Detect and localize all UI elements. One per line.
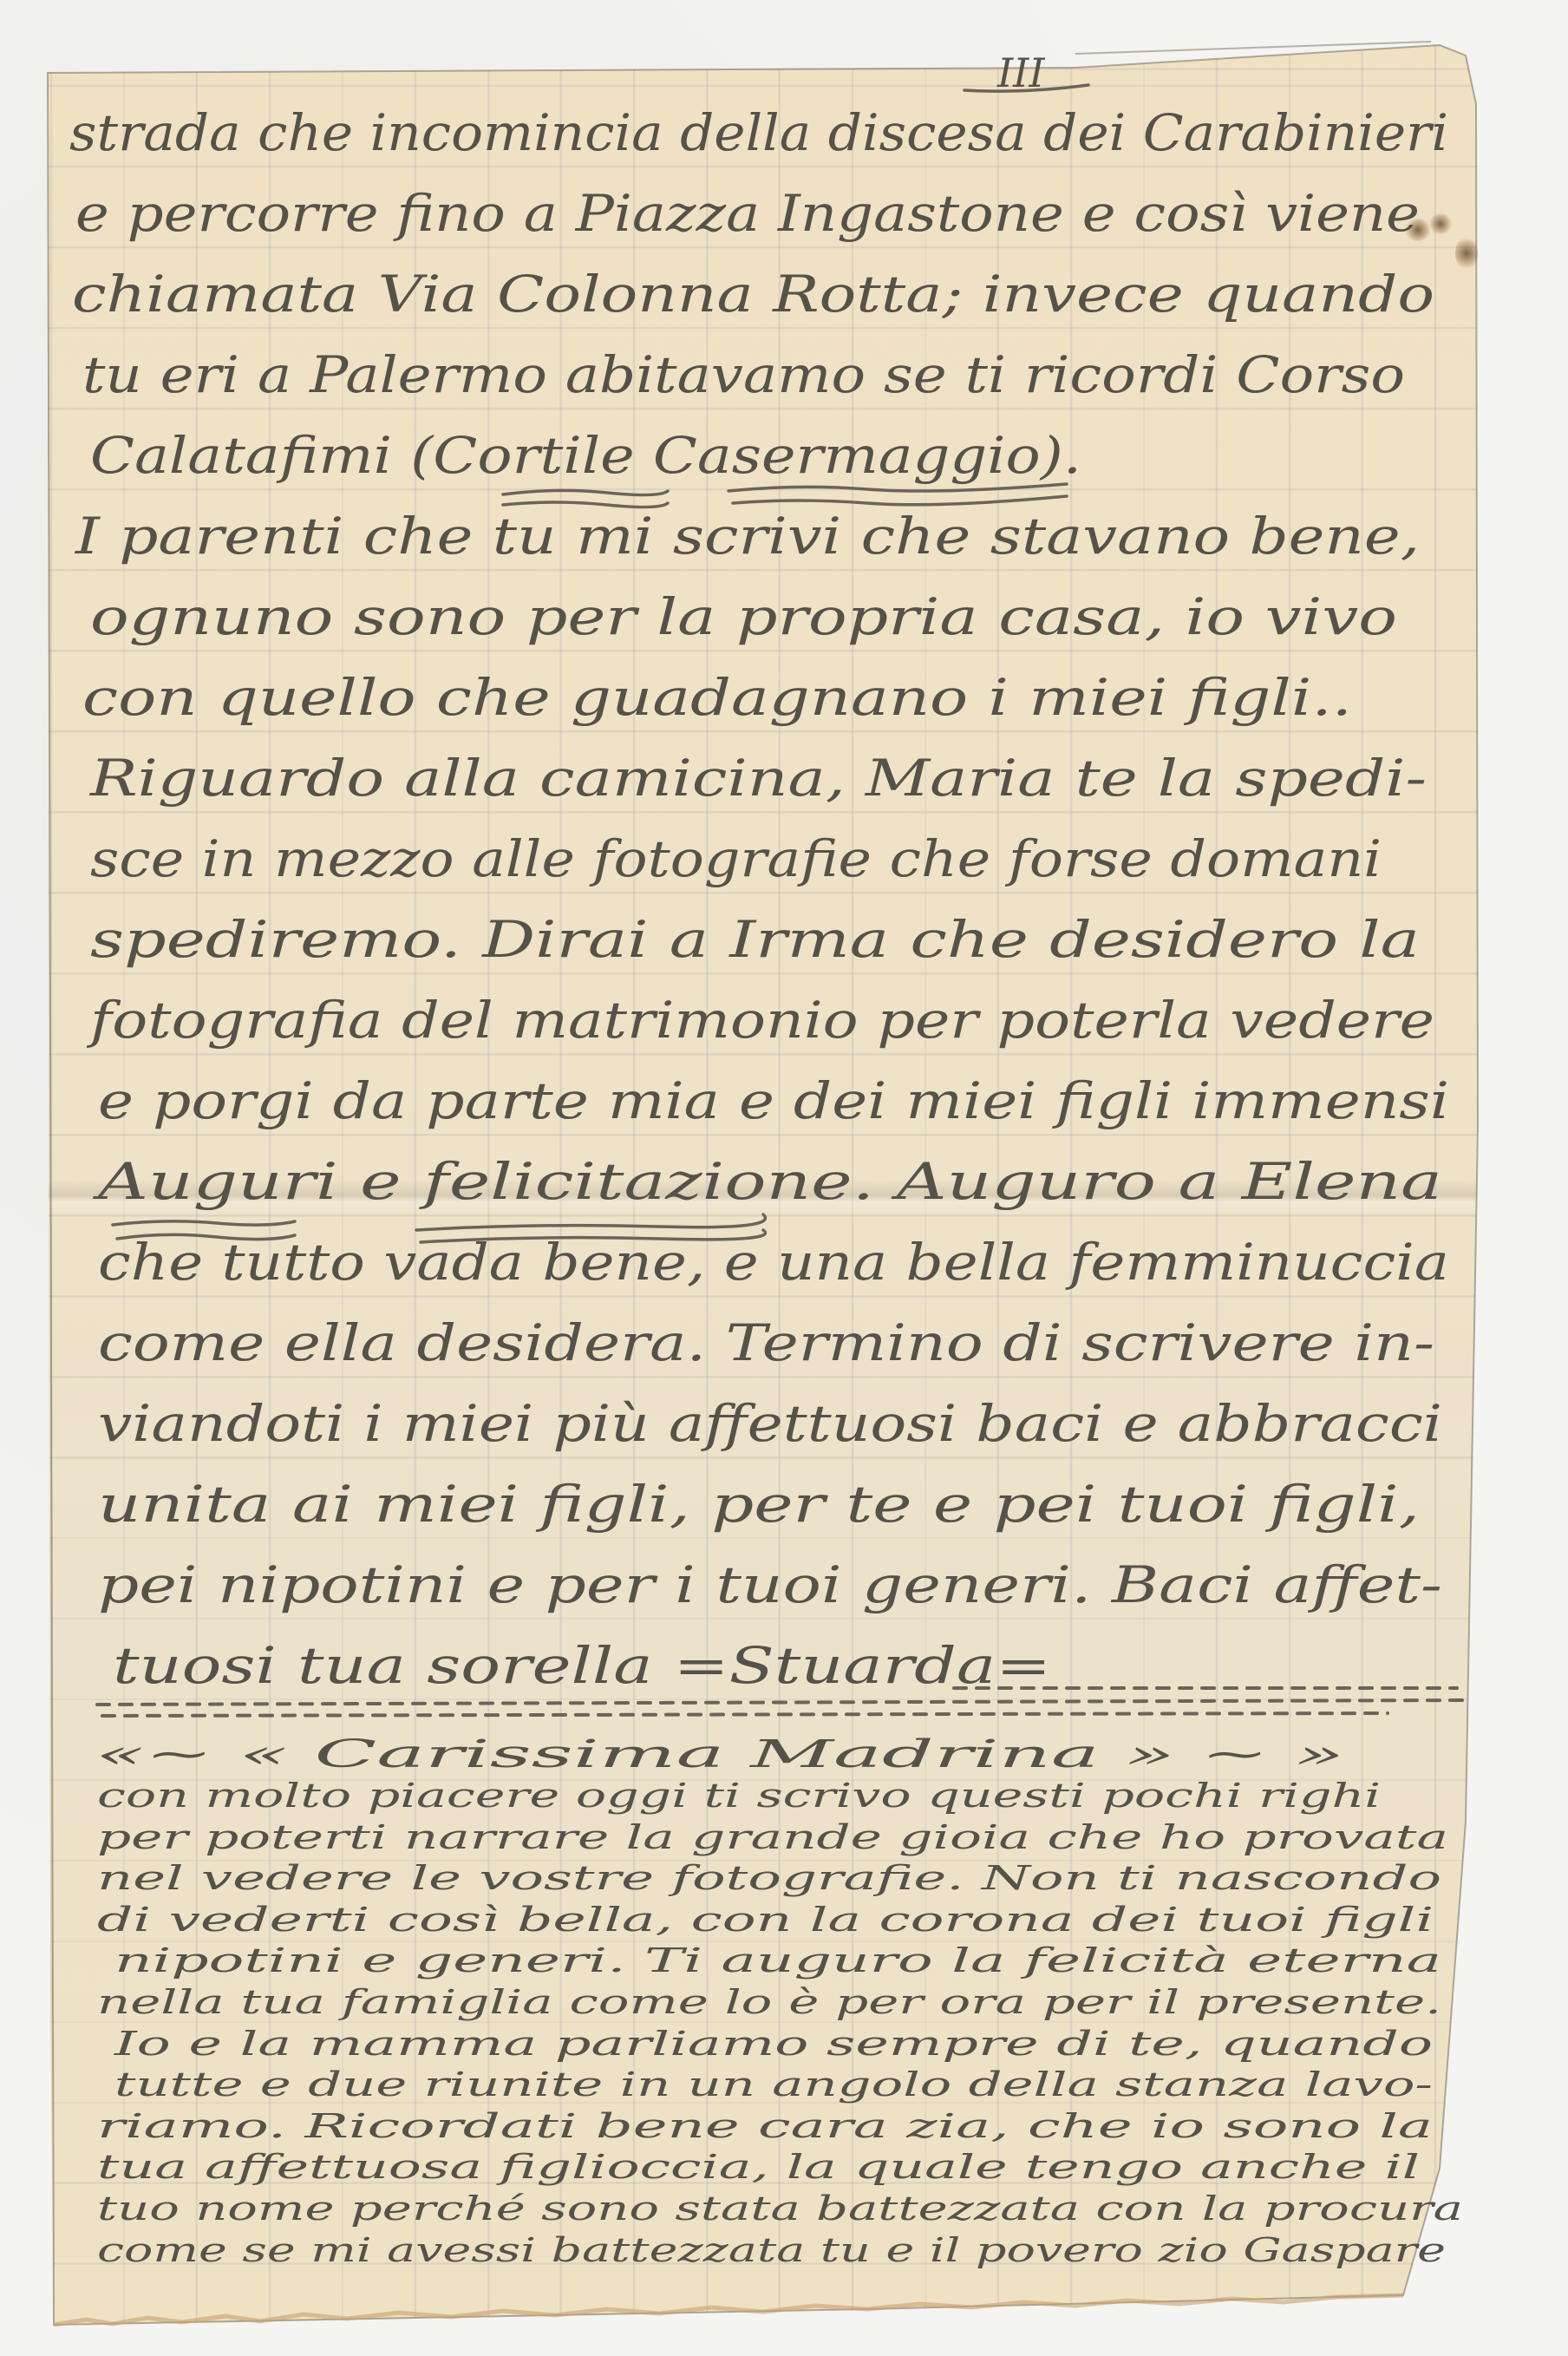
text-line: tu eri a Palermo abitavamo se ti ricordi… [82,345,1405,404]
separator-dash-row [102,1713,1388,1716]
salutation: «~ « Carissima Madrina » ~ » [95,1732,1344,1777]
text-line: unita ai miei figli, per te e pei tuoi f… [98,1475,1420,1534]
text-line: tua affettuosa figlioccia, la quale teng… [97,2148,1420,2186]
text-line: pei nipotini e per i tuoi generi. Baci a… [98,1555,1442,1614]
text-line: come ella desidera. Termino di scrivere … [98,1313,1434,1372]
underline-casermaggio [733,496,1067,505]
text-line: per poterti narrare la grande gioia che … [97,1818,1448,1856]
text-line: con quello che guadagnano i miei figli.. [82,668,1352,727]
text-line: tutte e due riunite in un angolo della s… [114,2065,1433,2104]
underline-cortile [503,490,668,494]
text-line: fotografia del matrimonio per poterla ve… [86,991,1434,1050]
text-line: Calatafimi (Cortile Casermaggio). [90,426,1081,485]
text-line: strada che incomincia della discesa dei … [69,103,1448,162]
letter-body-part1: strada che incomincia della discesa dei … [69,103,1449,1695]
underline-casermaggio [728,484,1067,491]
text-line: spediremo. Dirai a Irma che desidero la [90,910,1420,969]
signature-line: tuosi tua sorella =Stuarda= [113,1636,1051,1695]
text-line: tuo nome perché sono stata battezzata co… [97,2189,1463,2228]
text-line: che tutto vada bene, e una bella femminu… [98,1233,1449,1292]
text-line: e percorre fino a Piazza Ingastone e cos… [75,184,1420,243]
text-line: viandoti i miei più affettuosi baci e ab… [98,1394,1442,1453]
text-line: nipotini e generi. Ti auguro la felicità… [114,1941,1441,1980]
text-line: di vederti così bella, con la corona dei… [97,1901,1434,1939]
text-line: sce in mezzo alle fotografie che forse d… [90,829,1382,888]
letter-body-part2: con molto piacere oggi ti scrivo questi … [97,1777,1463,2269]
underline-felicitazione [416,1214,766,1230]
text-line: Auguri e felicitazione. Auguro a Elena [92,1152,1442,1211]
text-line: riamo. Ricordati bene cara zia, che io s… [97,2107,1433,2145]
text-line: I parenti che tu mi scrivi che stavano b… [75,507,1420,566]
text-line: ognuno sono per la propria casa, io vivo [90,587,1397,646]
text-line: nel vedere le vostre fotografie. Non ti … [97,1859,1441,1897]
text-line: e porgi da parte mia e dei miei figli im… [98,1071,1449,1130]
text-line: come se mi avessi battezzata tu e il pov… [97,2231,1446,2269]
text-line: Io e la mamma parliamo sempre di te, qua… [113,2025,1433,2063]
text-line: chiamata Via Colonna Rotta; invece quand… [72,265,1434,324]
torn-edge [54,2295,1403,2325]
text-line: Riguardo alla camicina, Maria te la sped… [89,749,1427,808]
separator-dash-row [97,1700,1466,1705]
back-page-edge [1075,42,1431,54]
handwriting-layer: III strada che incomincia della discesa … [0,0,1568,2356]
underline-auguri [113,1221,295,1225]
text-line: nella tua famiglia come lo è per ora per… [97,1983,1441,2021]
text-line: con molto piacere oggi ti scrivo questi … [97,1777,1381,1815]
